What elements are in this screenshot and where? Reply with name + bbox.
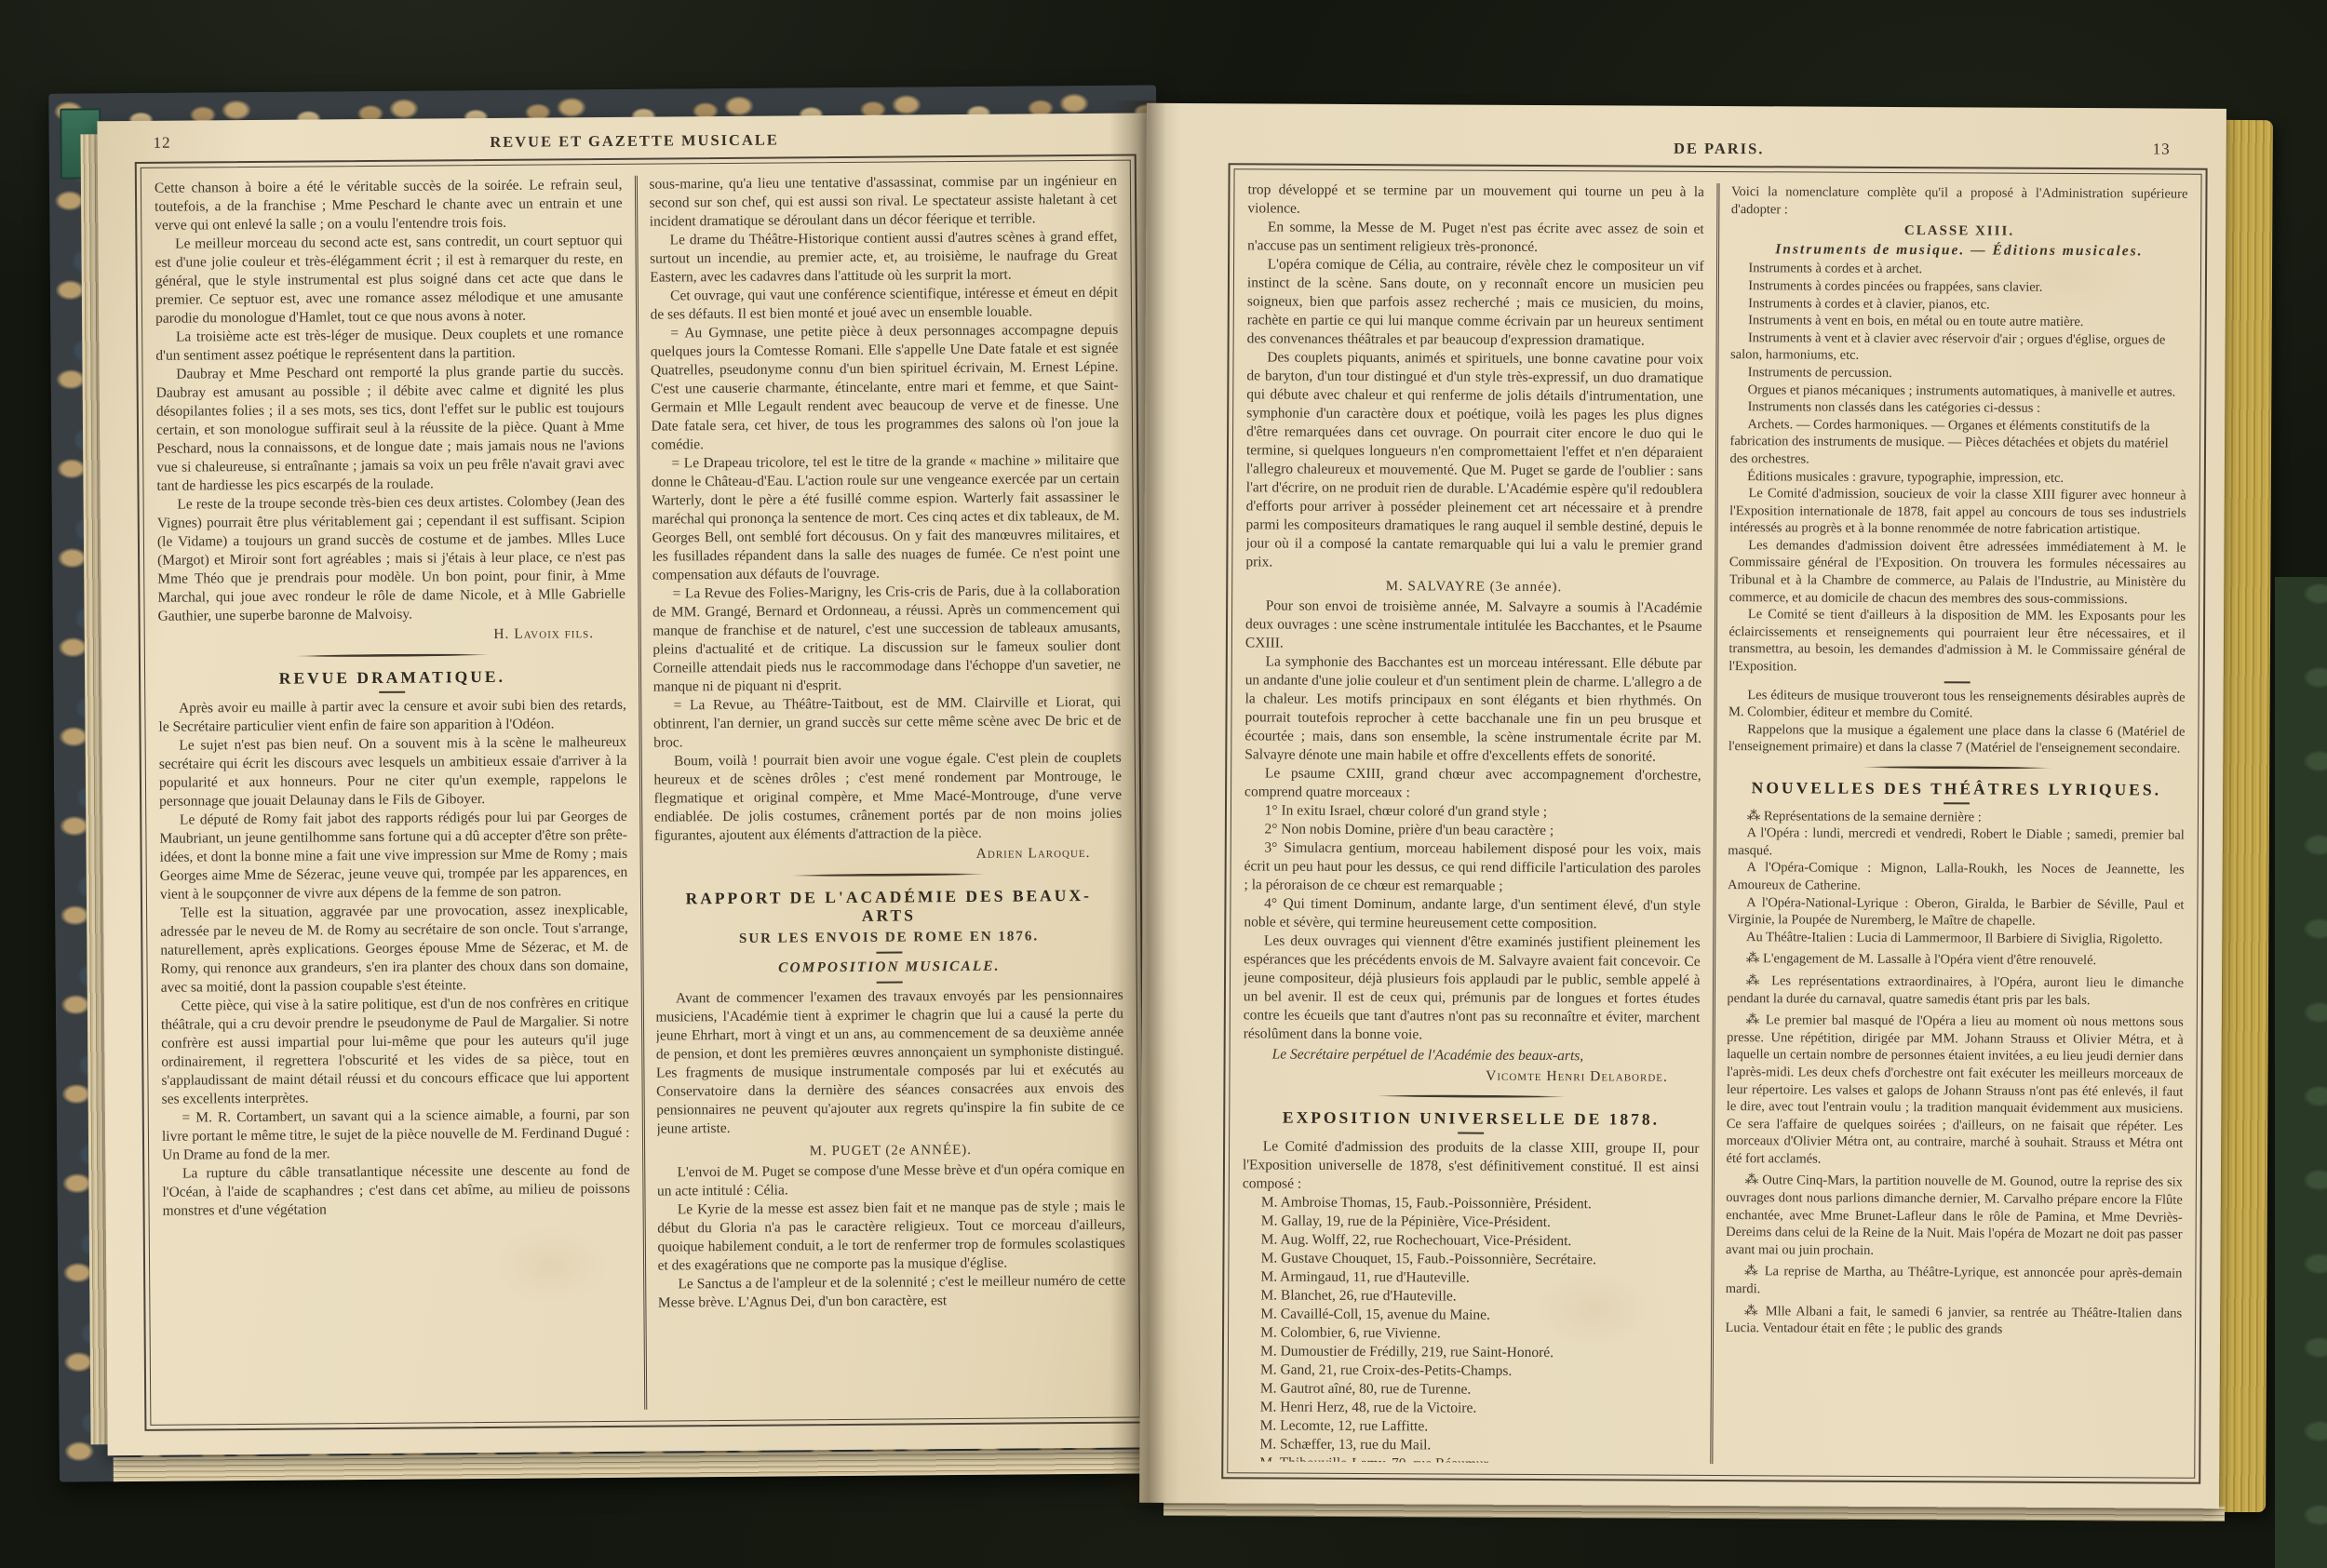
list-item: M. Colombier, 6, rue Vivienne. xyxy=(1242,1323,1699,1345)
scanner-background: 12 REVUE ET GAZETTE MUSICALE Cette chans… xyxy=(0,0,2327,1568)
left-page: 12 REVUE ET GAZETTE MUSICALE Cette chans… xyxy=(97,113,1166,1455)
list-item: M. Schæffer, 13, rue du Mail. xyxy=(1241,1435,1698,1456)
paragraph: = Le Drapeau tricolore, tel est le titre… xyxy=(652,451,1121,585)
paragraph: Le meilleur morceau du second acte est, … xyxy=(155,232,623,328)
paragraph: sous-marine, qu'a lieu une tentative d'a… xyxy=(649,172,1117,232)
paragraph: La rupture du câble transatlantique néce… xyxy=(162,1161,630,1221)
right-page-frame: trop développé et se termine par un mouv… xyxy=(1221,163,2207,1483)
paragraph: Boum, voilà ! pourrait bien avoir une vo… xyxy=(653,749,1122,846)
paragraph: 1° In exitu Israel, chœur coloré d'un gr… xyxy=(1244,801,1702,823)
heading-dash xyxy=(1458,1132,1484,1134)
news-item: ⁂ Mlle Albani a fait, le samedi 6 janvie… xyxy=(1726,1303,2183,1340)
left-book-half: 12 REVUE ET GAZETTE MUSICALE Cette chans… xyxy=(48,85,1167,1481)
paragraph: Le Comité se tient d'ailleurs à la dispo… xyxy=(1728,606,2186,677)
heading-dash xyxy=(379,691,405,693)
paragraph: Les éditeurs de musique trouveront tous … xyxy=(1728,687,2186,724)
news-item: ⁂ L'engagement de M. Lassalle à l'Opéra … xyxy=(1728,950,2185,970)
divider-rule xyxy=(1861,766,2052,770)
paragraph: 2° Non nobis Domine, prière d'un beau ca… xyxy=(1244,820,1702,841)
list-item: Instruments non classés dans les catégor… xyxy=(1730,398,2187,418)
paragraph: Le reste de la troupe seconde très-bien … xyxy=(157,492,626,626)
right-page-header: DE PARIS. 13 xyxy=(1231,135,2208,164)
paragraph: = La Revue, au Théâtre-Taitbout, est de … xyxy=(653,693,1122,753)
subheading: CLASSE XIII. xyxy=(1731,221,2188,241)
paragraph: Le Kyrie de la messe est assez bien fait… xyxy=(657,1198,1125,1276)
left-page-frame: Cette chanson à boire a été le véritable… xyxy=(135,154,1147,1431)
news-item: ⁂ Les représentations extraordinaires, à… xyxy=(1727,972,2184,1010)
text-column: Cette chanson à boire a été le véritable… xyxy=(155,176,632,1414)
running-title: REVUE ET GAZETTE MUSICALE xyxy=(135,128,1135,154)
section-heading: RAPPORT DE L'ACADÉMIE DES BEAUX-ARTS xyxy=(660,886,1117,927)
paragraph: Les demandes d'admission doivent être ad… xyxy=(1729,537,2186,609)
paragraph: A l'Opéra-Comique : Mignon, Lalla-Roukh,… xyxy=(1728,859,2185,896)
entry-heading: M. SALVAYRE (3e année). xyxy=(1245,576,1702,597)
news-item: ⁂ La reprise de Martha, au Théâtre-Lyriq… xyxy=(1726,1263,2183,1300)
signature: H. Lavoix fils. xyxy=(158,624,595,647)
left-page-header: 12 REVUE ET GAZETTE MUSICALE xyxy=(135,127,1135,158)
right-page: DE PARIS. 13 trop développé et se termin… xyxy=(1139,103,2226,1508)
list-item: Instruments à cordes et à archet. xyxy=(1730,260,2187,279)
signature: Vicomte Henri Delaborde. xyxy=(1243,1065,1668,1086)
attribution-line: Le Secrétaire perpétuel de l'Académie de… xyxy=(1244,1045,1701,1066)
paragraph: Cet ouvrage, qui vaut une conférence sci… xyxy=(650,284,1118,325)
paragraph: Le psaume CXIII, grand chœur avec accomp… xyxy=(1244,764,1702,804)
heading-dash xyxy=(876,952,902,954)
divider-rule xyxy=(294,653,491,658)
section-heading: NOUVELLES DES THÉÂTRES LYRIQUES. xyxy=(1734,779,2180,798)
column-divider xyxy=(1710,183,1719,1464)
text-column: Voici la nomenclature complète qu'il a p… xyxy=(1725,183,2188,1467)
list-item: Orgues et pianos mécaniques ; instrument… xyxy=(1730,382,2187,401)
paragraph: Le sujet n'est pas bien neuf. On a souve… xyxy=(159,733,627,811)
heading-dash xyxy=(876,982,902,984)
heading-dash xyxy=(1944,802,1970,804)
subheading-italic: COMPOSITION MUSICALE. xyxy=(655,957,1123,979)
right-book-half: DE PARIS. 13 trop développé et se termin… xyxy=(1139,94,2293,1521)
paragraph: = Au Gymnase, une petite pièce à deux pe… xyxy=(651,321,1120,455)
list-item: Instruments à cordes pincées ou frappées… xyxy=(1730,277,2187,297)
running-title: DE PARIS. xyxy=(1231,137,2208,160)
paragraph: A l'Opéra : lundi, mercredi et vendredi,… xyxy=(1728,824,2185,862)
left-page-frame-inner: Cette chanson à boire a été le véritable… xyxy=(141,160,1141,1426)
paragraph: Au Théâtre-Italien : Lucia di Lammermoor… xyxy=(1728,929,2185,948)
text-column: trop développé et se termine par un mouv… xyxy=(1241,181,1704,1464)
subheading-italic: Instruments de musique. — Éditions music… xyxy=(1731,241,2188,261)
divider-rule xyxy=(790,873,987,878)
paragraph: La troisième acte est très-léger de musi… xyxy=(155,325,624,366)
list-item: Instruments à vent en bois, en métal ou … xyxy=(1730,312,2187,331)
paragraph: En somme, la Messe de M. Puget n'est pas… xyxy=(1247,218,1704,258)
list-item: Instruments à vent et à clavier avec rés… xyxy=(1730,329,2187,367)
list-item: M. Blanchet, 26, rue d'Hauteville. xyxy=(1242,1286,1699,1307)
list-item: M. Dumoustier de Frédilly, 219, rue Sain… xyxy=(1242,1342,1699,1363)
paragraph: Les deux ouvrages qui viennent d'être ex… xyxy=(1244,931,1701,1046)
list-item: M. Cavaillé-Coll, 15, avenue du Maine. xyxy=(1242,1305,1699,1326)
list-item: M. Henri Herz, 48, rue de la Victoire. xyxy=(1242,1398,1699,1419)
paragraph: = La Revue des Folies-Marigny, les Cris-… xyxy=(652,582,1121,697)
list-item: Éditions musicales : gravure, typographi… xyxy=(1729,468,2186,488)
list-item: M. Gand, 21, rue Croix-des-Petits-Champs… xyxy=(1242,1360,1699,1382)
paragraph: Telle est la situation, aggravée par une… xyxy=(160,901,628,998)
paragraph: Le député de Romy fait jabot des rapport… xyxy=(159,808,627,905)
right-page-frame-inner: trop développé et se termine par un mouv… xyxy=(1227,168,2201,1478)
section-heading: REVUE DRAMATIQUE. xyxy=(164,666,621,689)
right-page-columns: trop développé et se termine par un mouv… xyxy=(1228,169,2200,1477)
list-item: M. Thibouville-Lamy, 70, rue Réaumur. xyxy=(1241,1454,1698,1464)
paragraph: Des couplets piquants, animés et spiritu… xyxy=(1245,348,1703,574)
paragraph: Cette chanson à boire a été le véritable… xyxy=(155,176,623,235)
paragraph: Après avoir eu maille à partir avec la c… xyxy=(158,696,626,737)
section-heading: EXPOSITION UNIVERSELLE DE 1878. xyxy=(1248,1107,1694,1129)
paragraph: 4° Qui timent Dominum, andante large, d'… xyxy=(1244,894,1701,934)
divider-rule xyxy=(1376,1094,1567,1098)
paragraph: Rappelons que la musique a également une… xyxy=(1728,721,2186,758)
paragraph: Le drame du Théâtre-Historique contient … xyxy=(650,228,1118,288)
paragraph: La symphonie des Bacchantes est un morce… xyxy=(1244,652,1702,767)
paragraph: L'opéra comique de Célia, au contraire, … xyxy=(1247,255,1704,351)
list-item: M. Lecomte, 12, rue Laffitte. xyxy=(1241,1416,1698,1438)
subheading: SUR LES ENVOIS DE ROME EN 1876. xyxy=(655,927,1123,949)
page-number: 13 xyxy=(2153,140,2171,158)
left-page-columns: Cette chanson à boire a été le véritable… xyxy=(141,161,1140,1425)
paragraph: Avant de commencer l'examen des travaux … xyxy=(655,986,1124,1139)
list-item: M. Armingaud, 11, rue d'Hauteville. xyxy=(1242,1267,1699,1289)
paragraph: = M. R. Cortambert, un savant qui a la s… xyxy=(162,1106,630,1165)
news-item: ⁂ Outre Cinq-Mars, la partition nouvelle… xyxy=(1726,1173,2183,1262)
paragraph: Le Sanctus a de l'ampleur et de la solen… xyxy=(658,1272,1126,1313)
paragraph: A l'Opéra-National-Lyrique : Oberon, Gir… xyxy=(1728,894,2185,931)
entry-heading: M. PUGET (2e ANNÉE). xyxy=(657,1140,1125,1162)
paragraph: L'envoi de M. Puget se compose d'une Mes… xyxy=(657,1160,1125,1201)
paragraph: Daubray et Mme Peschard ont remporté la … xyxy=(155,362,625,496)
list-item: Instruments à cordes et à clavier, piano… xyxy=(1730,295,2187,315)
paragraph: 3° Simulacra gentium, morceau habilement… xyxy=(1244,838,1702,897)
list-item: M. Aug. Wolff, 22, rue Rochechouart, Vic… xyxy=(1243,1230,1700,1252)
list-item: M. Gautrot aîné, 80, rue de Turenne. xyxy=(1242,1379,1699,1400)
news-item: ⁂ Le premier bal masqué de l'Opéra a lie… xyxy=(1726,1012,2183,1170)
list-item: M. Gallay, 19, rue de la Pépinière, Vice… xyxy=(1243,1212,1700,1233)
paragraph: Pour son envoi de troisième année, M. Sa… xyxy=(1245,596,1702,655)
paragraph: trop développé et se termine par un mouv… xyxy=(1247,181,1704,221)
list-item: M. Gustave Chouquet, 15, Faub.-Poissonni… xyxy=(1242,1249,1699,1270)
column-divider xyxy=(634,176,646,1410)
paragraph: Le Comité d'admission, soucieux de voir … xyxy=(1729,485,2186,539)
signature: Adrien Laroque. xyxy=(654,844,1091,866)
paragraph: Le Comité d'admission des produits de la… xyxy=(1243,1137,1700,1196)
list-item: M. Ambroise Thomas, 15, Faub.-Poissonniè… xyxy=(1243,1193,1700,1214)
list-item: Archets. — Cordes harmoniques. — Organes… xyxy=(1729,416,2186,470)
paragraph: Voici la nomenclature complète qu'il a p… xyxy=(1731,183,2188,221)
text-column: sous-marine, qu'a lieu une tentative d'a… xyxy=(649,172,1126,1410)
back-cover-corner xyxy=(2275,577,2327,1568)
paragraph: Cette pièce, qui vise à la satire politi… xyxy=(161,994,629,1109)
heading-dash xyxy=(1944,681,1970,683)
list-item: Instruments de percussion. xyxy=(1730,364,2187,383)
